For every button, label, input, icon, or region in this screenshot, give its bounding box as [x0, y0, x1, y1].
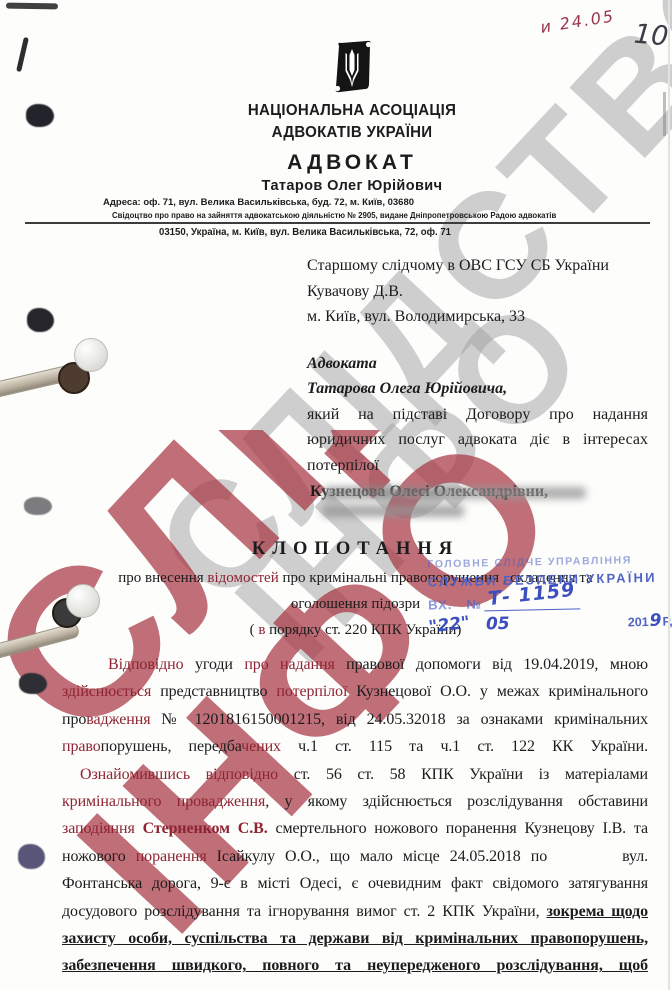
trident-scroll-logo	[327, 40, 377, 94]
body-line: заподіяння Стерненком С.В. смертельного …	[62, 815, 648, 842]
body-line: ножового поранення Ісайкулу О.О., що мал…	[62, 843, 648, 870]
certificate-line: Свідоцтво про право на зайняття адвокатс…	[112, 210, 556, 220]
stamp-year-suffix: Р,	[662, 614, 672, 628]
recipient-line: Кувачову Д.В.	[307, 279, 648, 305]
basis-line: потерпілої	[307, 453, 648, 479]
from-label: Адвоката	[307, 351, 648, 377]
document-content: НАЦІОНАЛЬНА АСОЦІАЦІЯ АДВОКАТІВ УКРАЇНИ …	[0, 0, 672, 990]
body-line: досудового розслідування та ігнорування …	[62, 898, 648, 925]
stamp-day-handwritten: "22"	[428, 613, 472, 638]
stamp-no-sign: №	[466, 596, 482, 611]
stamp-year-printed: 201	[628, 615, 649, 629]
postal-address-line: 03150, Україна, м. Київ, вул. Велика Вас…	[159, 227, 451, 238]
body-line: Відповідно угоди про надання правової до…	[62, 651, 648, 678]
org-name-line2: АДВОКАТІВ УКРАЇНИ	[51, 122, 653, 144]
stamp-year-group: 201 9 Р,	[628, 610, 672, 631]
basis-line: юридичних послуг адвоката діє в інтереса…	[307, 427, 648, 453]
body-text: Відповідно угоди про надання правової до…	[62, 651, 648, 980]
body-line: забезпечення швидкого, повного та неупер…	[62, 952, 648, 979]
letterhead: НАЦІОНАЛЬНА АСОЦІАЦІЯ АДВОКАТІВ УКРАЇНИ …	[32, 40, 672, 194]
stamp-number-underline: Т- 1159	[484, 588, 580, 611]
advocate-title: АДВОКАТ	[32, 151, 672, 175]
letterhead-divider	[25, 222, 650, 224]
org-name-line1: НАЦІОНАЛЬНА АСОЦІАЦІЯ	[51, 100, 653, 122]
sbu-incoming-stamp: ГОЛОВНЕ СЛІДЧЕ УПРАВЛІННЯ СЛУЖБИ БЕЗПЕКИ…	[427, 553, 672, 635]
body-line: Ознайомившись відповідно ст. 56 ст. 58 К…	[62, 761, 648, 788]
basis-line: який на підставі Договору про надання	[307, 402, 648, 428]
recipient-line: м. Київ, вул. Володимирська, 33	[307, 304, 648, 330]
document-page: СЛІДСТВО ІНФО СЛІДСТВО ІНФО НАЦІОНАЛЬНА …	[0, 0, 672, 990]
handwritten-page-number: 10	[633, 19, 670, 53]
recipient-block: Старшому слідчому в ОВС ГСУ СБ України К…	[307, 253, 648, 505]
stamp-vx-label: ВХ.	[428, 597, 452, 613]
stamp-year-digit-handwritten: 9	[649, 611, 661, 631]
body-line: Фонтанська дорога, 9-є в місті Одесі, є …	[62, 870, 648, 897]
body-line: провадження № 1201816150001215, від 24.0…	[62, 706, 648, 733]
advocate-name: Татаров Олег Юрійович	[32, 178, 672, 194]
redacted-text-blur	[300, 485, 612, 523]
spacer	[307, 330, 648, 351]
body-line: захисту особи, суспільства та держави ві…	[62, 925, 648, 952]
body-line: здійснюється представництво потерпілої К…	[62, 678, 648, 705]
body-line: правопорушень, передбачених ч.1 ст. 115 …	[62, 733, 648, 760]
from-name: Татарова Олега Юрійовича,	[307, 376, 648, 402]
recipient-line: Старшому слідчому в ОВС ГСУ СБ України	[307, 253, 648, 279]
office-address-line: Адреса: оф. 71, вул. Велика Васильківськ…	[103, 197, 414, 208]
stamp-month-handwritten: 05	[486, 614, 510, 634]
body-line: кримінального провадження, у якому здійс…	[62, 788, 648, 815]
stamp-incoming-number-row: ВХ. № Т- 1159	[428, 586, 672, 612]
